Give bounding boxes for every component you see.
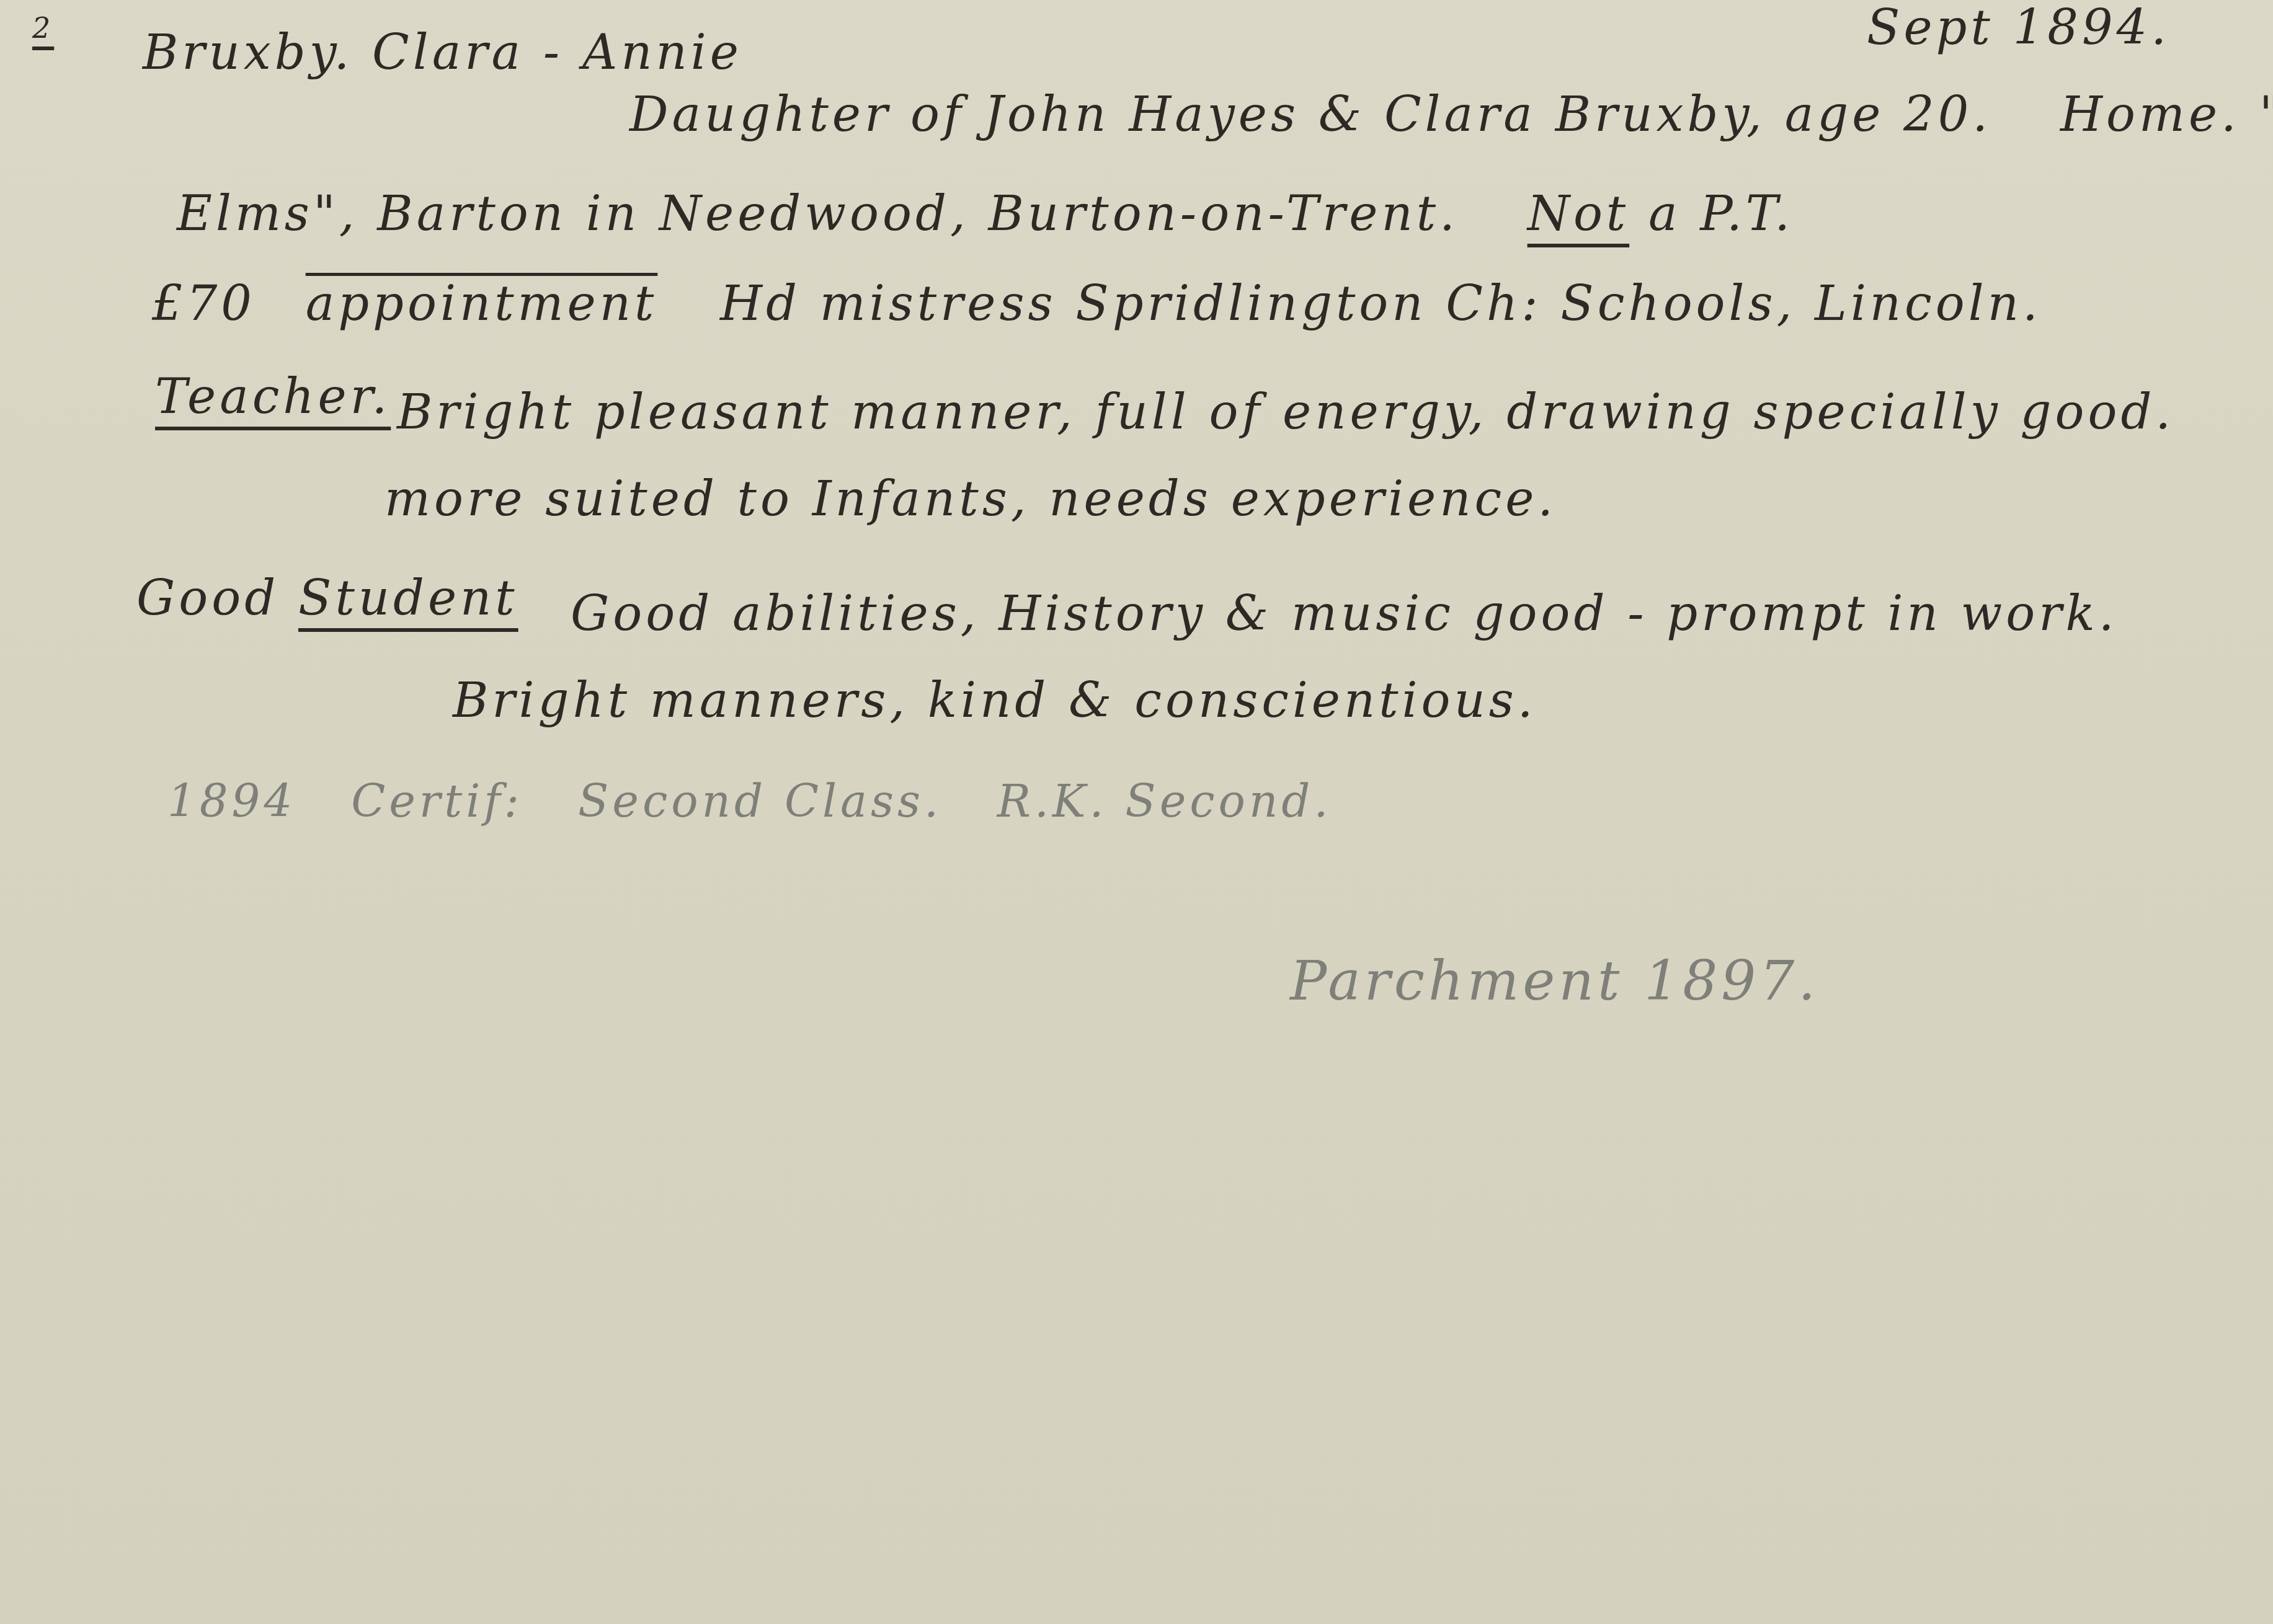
- entry-date: Sept 1894.: [1867, 0, 2170, 56]
- certificate-label: Certif:: [351, 775, 523, 827]
- certificate-rk: R.K. Second.: [997, 775, 1332, 827]
- parchment-note: Parchment 1897.: [1290, 949, 1819, 1013]
- student-label: Good Student: [136, 570, 518, 626]
- certificate-line: 1894 Certif: Second Class. R.K. Second.: [167, 775, 1332, 827]
- entry-number: 2: [32, 11, 54, 45]
- student-name: Bruxby. Clara - Annie: [143, 25, 742, 81]
- home-start: "The: [2259, 87, 2273, 143]
- appointment-label: appointment: [306, 276, 658, 332]
- student-label-underlined: Student: [298, 570, 518, 626]
- appointment-salary: £70: [152, 276, 256, 332]
- student-line-2: Bright manners, kind & conscientious.: [453, 673, 1537, 729]
- not-pt-suffix: a P.T.: [1648, 186, 1794, 242]
- record-card: 2 Bruxby. Clara - Annie Sept 1894. Daugh…: [0, 0, 2273, 1624]
- parentage-line: Daughter of John Hayes & Clara Bruxby, a…: [629, 87, 2273, 143]
- address-text: Elms", Barton in Needwood, Burton-on-Tre…: [177, 186, 1459, 242]
- appointment-detail: Hd mistress Spridlington Ch: Schools, Li…: [720, 276, 2042, 332]
- teacher-label: Teacher.: [155, 369, 391, 425]
- appointment-line: £70 appointment Hd mistress Spridlington…: [152, 276, 2042, 332]
- address-line: Elms", Barton in Needwood, Burton-on-Tre…: [177, 186, 1794, 242]
- parentage-text: Daughter of John Hayes & Clara Bruxby, a…: [629, 87, 1991, 143]
- teacher-line-2: more suited to Infants, needs experience…: [385, 471, 1557, 527]
- certificate-year: 1894: [167, 775, 296, 827]
- home-label: Home.: [2060, 87, 2240, 143]
- student-line-1: Good abilities, History & music good - p…: [571, 586, 2118, 642]
- certificate-result: Second Class.: [578, 775, 942, 827]
- not-pt-prefix: Not: [1528, 186, 1630, 242]
- teacher-line-1: Bright pleasant manner, full of energy, …: [397, 384, 2174, 440]
- student-label-prefix: Good: [136, 570, 279, 626]
